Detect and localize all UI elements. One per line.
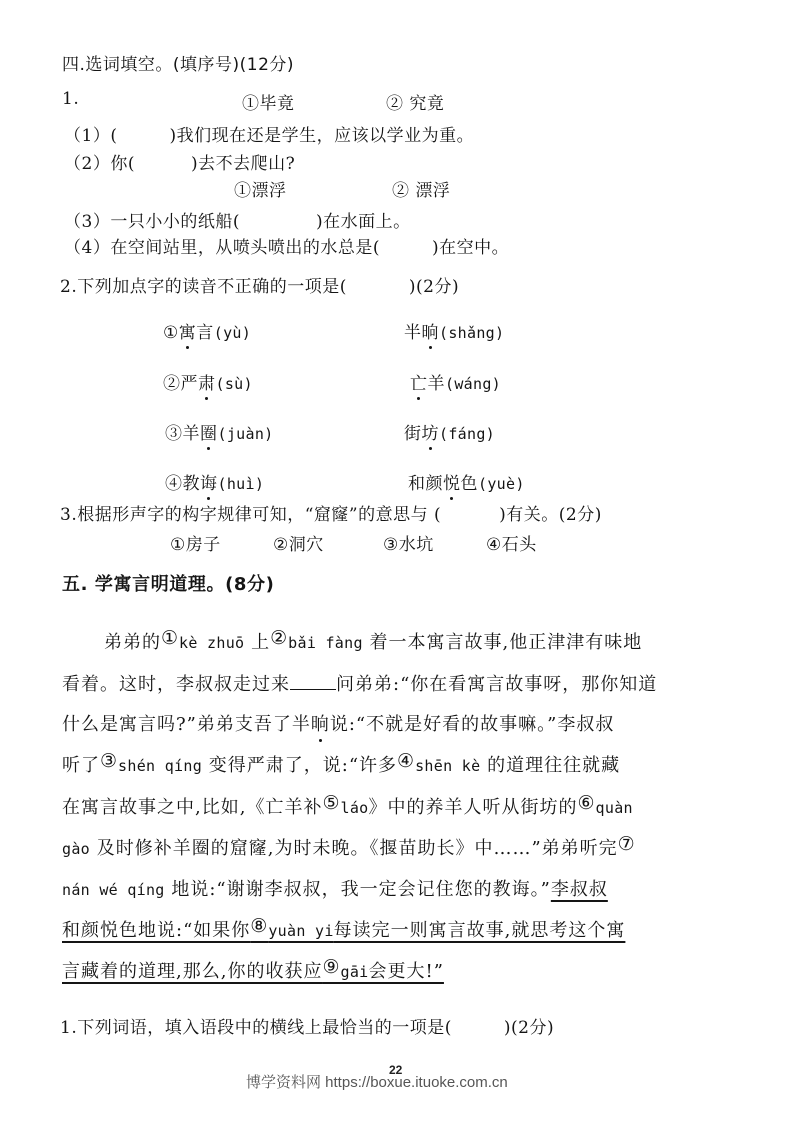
q2-option-2-dotted-char: 肃 [198, 369, 216, 394]
marker-8: ⑧ [250, 915, 268, 937]
text: 地说:“谢谢李叔叔，我一定会记住您的教诲。” [165, 879, 551, 900]
pinyin-9: gāi [341, 963, 369, 981]
q1-item-4-prefix: （4）在空间站里，从喷头喷出的水总是( [64, 238, 380, 258]
section-5-title: 五. 学寓言明道理。(8分) [62, 570, 274, 596]
q1-item-3: （3）一只小小的纸船()在水面上。 [64, 207, 411, 232]
q2-option-4b: 和颜悦色(yuè) [408, 469, 525, 494]
q1-item-1-suffix: )我们现在还是学生，应该以学业为重。 [169, 126, 474, 146]
pinyin-4: shēn kè [415, 757, 480, 775]
q3-option-1: ①房子 [170, 530, 221, 555]
q1-number: 1. [62, 89, 79, 109]
text: 上 [244, 632, 270, 653]
marker-7: ⑦ [618, 833, 636, 855]
text: 在寓言故事之中,比如,《亡羊补 [62, 797, 322, 818]
q2-stem: 2.下列加点字的读音不正确的一项是()(2分) [60, 272, 459, 297]
q1-option-2: ② 究竟 [386, 89, 444, 114]
q1-item-1-prefix: （1）( [64, 126, 117, 146]
q2-stem-score: )(2分) [409, 277, 459, 297]
pinyin-8: yuàn yi [268, 922, 333, 940]
q1-item-2: （2）你()去不去爬山? [64, 149, 295, 174]
text: 每读完一则寓言故事,就思考这个寓 [334, 920, 626, 941]
text: 言藏着的道理,那么,你的收获应 [62, 961, 322, 982]
q2-option-3b-pinyin: (fáng) [439, 425, 495, 443]
passage-line-3: 什么是寓言吗?”弟弟支吾了半晌说:“不就是好看的故事嘛。”李叔叔 [62, 710, 614, 736]
passage-line-1: 弟弟的①kè zhuō 上②bǎi fàng 着一本寓言故事,他正津津有味地 [104, 628, 642, 654]
text: 听了 [62, 755, 100, 776]
marker-5: ⑤ [322, 792, 340, 814]
q2-option-4b-pre: 和颜 [408, 474, 443, 494]
q2-option-1b: 半晌(shǎng) [404, 318, 504, 343]
q1-item-2-prefix: （2）你( [64, 154, 135, 174]
passage-line-6: gào 及时修补羊圈的窟窿,为时未晚。《揠苗助长》中……”弟弟听完⑦ [62, 834, 636, 860]
q2-option-3-marker: ③ [165, 424, 183, 444]
q1-item-3-suffix: )在水面上。 [316, 212, 411, 232]
q1-item-4: （4）在空间站里，从喷头喷出的水总是()在空中。 [64, 233, 509, 258]
q2-option-3: ③羊圈(juàn) [165, 419, 274, 444]
passage-line-4: 听了③shén qíng 变得严肃了，说:“许多④shēn kè 的道理往往就藏 [62, 751, 620, 777]
text: 弟弟的 [104, 632, 161, 653]
q2-option-2b-dotted-char: 亡 [410, 369, 428, 394]
q2-option-4b-rest: 色 [461, 474, 479, 494]
q2-option-2: ②严肃(sù) [163, 369, 253, 394]
pinyin-5: láo [341, 799, 369, 817]
q2-option-3-pinyin: (juàn) [218, 425, 274, 443]
marker-2: ② [270, 627, 288, 649]
pinyin-2: bǎi fàng [288, 634, 363, 652]
q2-option-3b-dotted-char: 坊 [422, 419, 440, 444]
q1-item-1: （1）()我们现在还是学生，应该以学业为重。 [64, 121, 474, 146]
q3-stem-text: 3.根据形声字的构字规律可知，“窟窿”的意思与 ( [60, 505, 441, 525]
text: 问弟弟:“你在看寓言故事呀，那你知道 [336, 674, 657, 695]
marker-3: ③ [100, 750, 118, 772]
q2-option-2-pre: 严 [181, 374, 199, 394]
marker-6: ⑥ [578, 792, 596, 814]
pinyin-1: kè zhuō [179, 634, 244, 652]
q2-option-2b-rest: 羊 [428, 374, 446, 394]
q3-stem: 3.根据形声字的构字规律可知，“窟窿”的意思与 ()有关。(2分) [60, 500, 602, 525]
text: 及时修补羊圈的窟窿,为时未晚。《揠苗助长》中……”弟弟听完 [90, 838, 618, 859]
text: 什么是寓言吗?”弟弟支吾了半 [62, 714, 311, 735]
pinyin-3: shén qíng [118, 757, 202, 775]
pinyin-6: quàn [596, 799, 633, 817]
marker-1: ① [161, 627, 179, 649]
q2-stem-text: 2.下列加点字的读音不正确的一项是( [60, 277, 347, 297]
text: 的道理往往就藏 [480, 755, 620, 776]
q2-option-4-pinyin: (huì) [218, 475, 265, 493]
marker-4: ④ [397, 750, 415, 772]
text: 着一本寓言故事,他正津津有味地 [363, 632, 642, 653]
q1-item-3-prefix: （3）一只小小的纸船( [64, 212, 240, 232]
q2-option-1-dotted-char: 寓 [179, 318, 197, 343]
q1-option-4: ② 漂浮 [392, 176, 450, 201]
s5-q1-score: )(2分) [504, 1018, 554, 1038]
q3-option-2: ②洞穴 [273, 530, 324, 555]
text: 变得严肃了，说:“许多 [202, 755, 397, 776]
q2-option-4: ④教诲(huì) [165, 469, 264, 494]
passage-line-8: 和颜悦色地说:“如果你⑧yuàn yi每读完一则寓言故事,就思考这个寓 [62, 916, 625, 942]
q2-option-4-dotted-char: 诲 [200, 469, 218, 494]
dotted-char: 晌 [311, 710, 330, 736]
q2-option-2b-pinyin: (wáng) [445, 375, 501, 393]
text: 说:“不就是好看的故事嘛。”李叔叔 [330, 714, 614, 735]
text: 会更大!” [369, 961, 444, 982]
q3-option-3: ③水坑 [383, 530, 434, 555]
q3-option-4: ④石头 [486, 530, 537, 555]
q2-option-1: ①寓言(yù) [163, 318, 251, 343]
passage-line-2: 看着。这时，李叔叔走过来问弟弟:“你在看寓言故事呀，那你知道 [62, 670, 657, 696]
text: 》中的养羊人听从街坊的 [369, 797, 578, 818]
q2-option-1b-pinyin: (shǎng) [439, 324, 504, 342]
fill-in-blank-line[interactable] [290, 675, 336, 690]
q1-item-4-suffix: )在空中。 [432, 238, 509, 258]
q2-option-4b-dotted-char: 悦 [443, 469, 461, 494]
marker-9: ⑨ [322, 956, 340, 978]
q2-option-2-marker: ② [163, 374, 181, 394]
pinyin-7: nán wé qíng [62, 881, 165, 899]
pinyin-6-cont: gào [62, 840, 90, 858]
text: 和颜悦色地说:“如果你 [62, 920, 250, 941]
s5-q1-stem: 1.下列词语，填入语段中的横线上最恰当的一项是()(2分) [60, 1013, 554, 1038]
q2-option-1b-dotted-char: 晌 [422, 318, 440, 343]
q2-option-1-rest: 言 [196, 323, 214, 343]
section-4-title: 四.选词填空。(填序号)(12分) [62, 50, 294, 75]
passage-line-9: 言藏着的道理,那么,你的收获应⑨gāi会更大!” [62, 957, 444, 983]
q2-option-3-dotted-char: 圈 [200, 419, 218, 444]
s5-q1-stem-text: 1.下列词语，填入语段中的横线上最恰当的一项是( [60, 1018, 452, 1038]
q2-option-3-pre: 羊 [183, 424, 201, 444]
passage-line-5: 在寓言故事之中,比如,《亡羊补⑤láo》中的养羊人听从街坊的⑥quàn [62, 793, 633, 819]
watermark-footer: 博学资料网 https://boxue.ituoke.com.cn [246, 1071, 508, 1092]
q1-option-3: ①漂浮 [234, 176, 287, 201]
q3-stem-score: )有关。(2分) [499, 505, 602, 525]
text: 看着。这时，李叔叔走过来 [62, 674, 290, 695]
q2-option-4b-pinyin: (yuè) [478, 475, 525, 493]
q2-option-1b-pre: 半 [404, 323, 422, 343]
q2-option-1-pinyin: (yù) [214, 324, 251, 342]
q1-option-1: ①毕竟 [242, 89, 295, 114]
passage-line-7: nán wé qíng 地说:“谢谢李叔叔，我一定会记住您的教诲。”李叔叔 [62, 875, 608, 901]
q1-item-2-suffix: )去不去爬山? [191, 154, 295, 174]
q2-option-2-pinyin: (sù) [216, 375, 253, 393]
q2-option-4-marker: ④ [165, 474, 183, 494]
q2-option-1-marker: ① [163, 323, 179, 343]
underlined-text: 李叔叔 [551, 879, 608, 900]
q2-option-2b: 亡羊(wáng) [410, 369, 501, 394]
q2-option-3b-pre: 街 [404, 424, 422, 444]
q2-option-4-pre: 教 [183, 474, 201, 494]
q2-option-3b: 街坊(fáng) [404, 419, 495, 444]
